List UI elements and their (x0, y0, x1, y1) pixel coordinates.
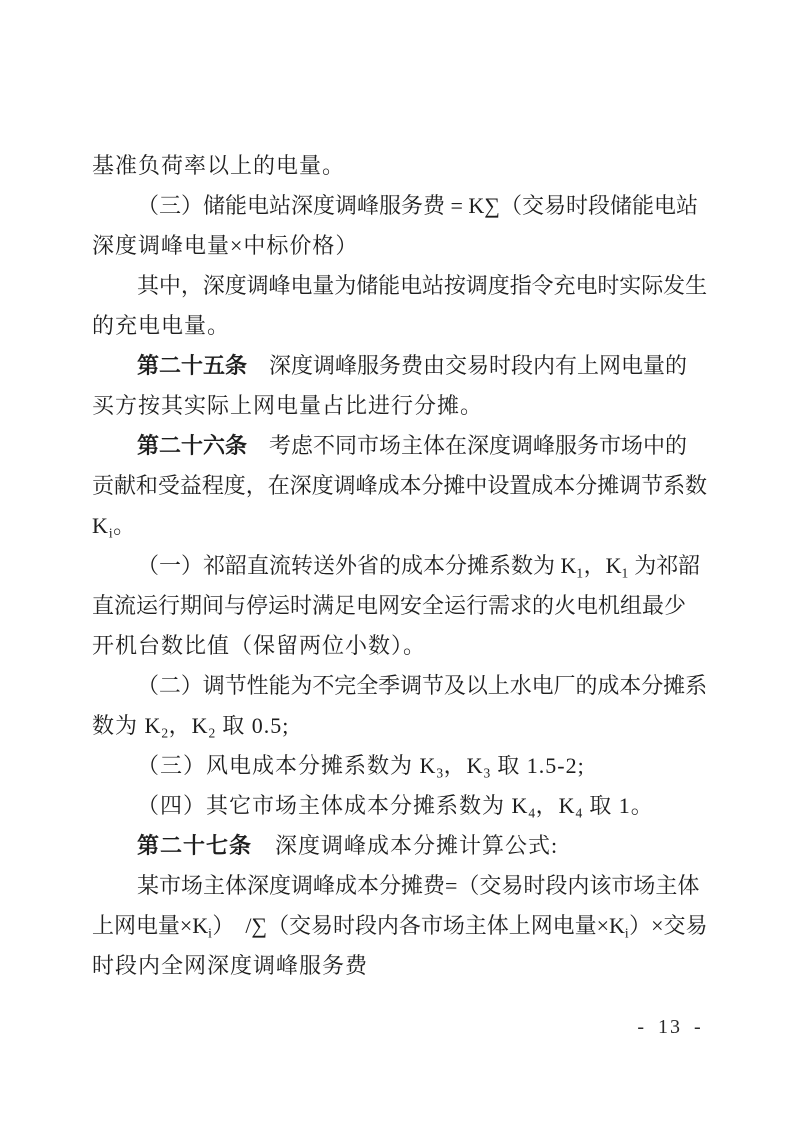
para-coefficient-k2: （二）调节性能为不完全季调节及以上水电厂的成本分摊系数为 K2，K2 取 0.5… (92, 666, 707, 746)
text-run: 开机台数比值（保留两位小数）。 (92, 633, 426, 658)
article-number-heading: 第二十六条 (137, 433, 247, 458)
text-line: （一）祁韶直流转送外省的成本分摊系数为 K1，K1 为祁韶 (92, 546, 707, 586)
text-line: 上网电量×Ki） /∑（交易时段内各市场主体上网电量×Ki）×交易 (92, 906, 707, 946)
subscript: 2 (209, 726, 216, 741)
text-run: 取 0.5; (216, 713, 290, 738)
text-run: 深度调峰服务费由交易时段内有上网电量的 (247, 353, 687, 378)
text-run: ，K (169, 713, 209, 738)
text-line: Ki。 (92, 506, 707, 546)
text-line: 的充电电量。 (92, 306, 707, 346)
text-line: 贡献和受益程度，在深度调峰成本分摊中设置成本分摊调节系数 (92, 466, 707, 506)
subscript: 4 (528, 806, 535, 821)
text-run: 某市场主体深度调峰成本分摊费=（交易时段内该市场主体 (137, 873, 699, 898)
para-article-27: 第二十七条 深度调峰成本分摊计算公式: (92, 826, 707, 866)
subscript: 4 (576, 806, 583, 821)
text-run: 深度调峰电量×中标价格） (92, 233, 358, 258)
article-number-heading: 第二十七条 (137, 833, 252, 858)
para-article-25: 第二十五条 深度调峰服务费由交易时段内有上网电量的买方按其实际上网电量占比进行分… (92, 346, 707, 426)
page-number: - 13 - (620, 1016, 720, 1039)
subscript: 1 (622, 566, 629, 581)
text-line: （四）其它市场主体成本分摊系数为 K4，K4 取 1。 (92, 786, 707, 826)
text-line: 数为 K2，K2 取 0.5; (92, 706, 707, 746)
text-run: 买方按其实际上网电量占比进行分摊。 (92, 393, 483, 418)
subscript: 2 (161, 726, 168, 741)
para-coefficient-k4: （四）其它市场主体成本分摊系数为 K4，K4 取 1。 (92, 786, 707, 826)
para-charging-energy-note: 其中，深度调峰电量为储能电站按调度指令充电时实际发生的充电电量。 (92, 266, 707, 346)
text-line: 基准负荷率以上的电量。 (92, 146, 707, 186)
article-number-heading: 第二十五条 (137, 353, 247, 378)
text-run: ，K (444, 753, 484, 778)
para-article-26: 第二十六条 考虑不同市场主体在深度调峰服务市场中的贡献和受益程度，在深度调峰成本… (92, 426, 707, 546)
para-coefficient-k3: （三）风电成本分摊系数为 K3，K3 取 1.5-2; (92, 746, 707, 786)
text-line: 深度调峰电量×中标价格） (92, 226, 707, 266)
para-continuation: 基准负荷率以上的电量。 (92, 146, 707, 186)
text-line: 第二十七条 深度调峰成本分摊计算公式: (92, 826, 707, 866)
text-line: 某市场主体深度调峰成本分摊费=（交易时段内该市场主体 (92, 866, 707, 906)
text-line: （三）风电成本分摊系数为 K3，K3 取 1.5-2; (92, 746, 707, 786)
para-coefficient-k1: （一）祁韶直流转送外省的成本分摊系数为 K1，K1 为祁韶直流运行期间与停运时满… (92, 546, 707, 666)
text-line: 其中，深度调峰电量为储能电站按调度指令充电时实际发生 (92, 266, 707, 306)
text-run: ）×交易 (629, 913, 707, 938)
text-run: 贡献和受益程度，在深度调峰成本分摊中设置成本分摊调节系数 (92, 473, 707, 498)
subscript: 1 (576, 566, 583, 581)
text-run: ） /∑（交易时段内各市场主体上网电量×K (212, 913, 624, 938)
text-line: 时段内全网深度调峰服务费 (92, 946, 707, 986)
text-run: 数为 K (92, 713, 161, 738)
text-run: K (92, 513, 109, 538)
text-run: ，K (584, 553, 622, 578)
para-formula: 某市场主体深度调峰成本分摊费=（交易时段内该市场主体上网电量×Ki） /∑（交易… (92, 866, 707, 986)
text-run: 取 1.5-2; (491, 753, 585, 778)
text-run: ，K (536, 793, 576, 818)
subscript: 3 (484, 766, 491, 781)
text-run: （三）储能电站深度调峰服务费 = K∑（交易时段储能电站 (137, 193, 698, 218)
text-run: 的充电电量。 (92, 313, 230, 338)
text-run: 取 1。 (583, 793, 654, 818)
text-run: 基准负荷率以上的电量。 (92, 153, 345, 178)
text-line: （三）储能电站深度调峰服务费 = K∑（交易时段储能电站 (92, 186, 707, 226)
para-item3-storage-fee: （三）储能电站深度调峰服务费 = K∑（交易时段储能电站深度调峰电量×中标价格） (92, 186, 707, 266)
text-line: （二）调节性能为不完全季调节及以上水电厂的成本分摊系 (92, 666, 707, 706)
text-run: （一）祁韶直流转送外省的成本分摊系数为 K (137, 553, 576, 578)
text-line: 开机台数比值（保留两位小数）。 (92, 626, 707, 666)
text-run: 深度调峰成本分摊计算公式: (252, 833, 558, 858)
subscript: 3 (436, 766, 443, 781)
text-run: 考虑不同市场主体在深度调峰服务市场中的 (247, 433, 687, 458)
text-run: 上网电量×K (92, 913, 208, 938)
text-run: （三）风电成本分摊系数为 K (137, 753, 436, 778)
text-run: 为祁韶 (629, 553, 701, 578)
text-run: 时段内全网深度调峰服务费 (92, 953, 368, 978)
text-line: 第二十五条 深度调峰服务费由交易时段内有上网电量的 (92, 346, 707, 386)
text-run: 其中，深度调峰电量为储能电站按调度指令充电时实际发生 (137, 273, 707, 298)
text-run: 直流运行期间与停运时满足电网安全运行需求的火电机组最少 (92, 593, 686, 618)
text-run: 。 (113, 513, 136, 538)
document-page: 基准负荷率以上的电量。（三）储能电站深度调峰服务费 = K∑（交易时段储能电站深… (0, 0, 793, 1122)
text-run: （二）调节性能为不完全季调节及以上水电厂的成本分摊系 (137, 673, 707, 698)
text-line: 直流运行期间与停运时满足电网安全运行需求的火电机组最少 (92, 586, 707, 626)
text-run: （四）其它市场主体成本分摊系数为 K (137, 793, 528, 818)
text-line: 第二十六条 考虑不同市场主体在深度调峰服务市场中的 (92, 426, 707, 466)
text-line: 买方按其实际上网电量占比进行分摊。 (92, 386, 707, 426)
document-body: 基准负荷率以上的电量。（三）储能电站深度调峰服务费 = K∑（交易时段储能电站深… (92, 146, 707, 986)
